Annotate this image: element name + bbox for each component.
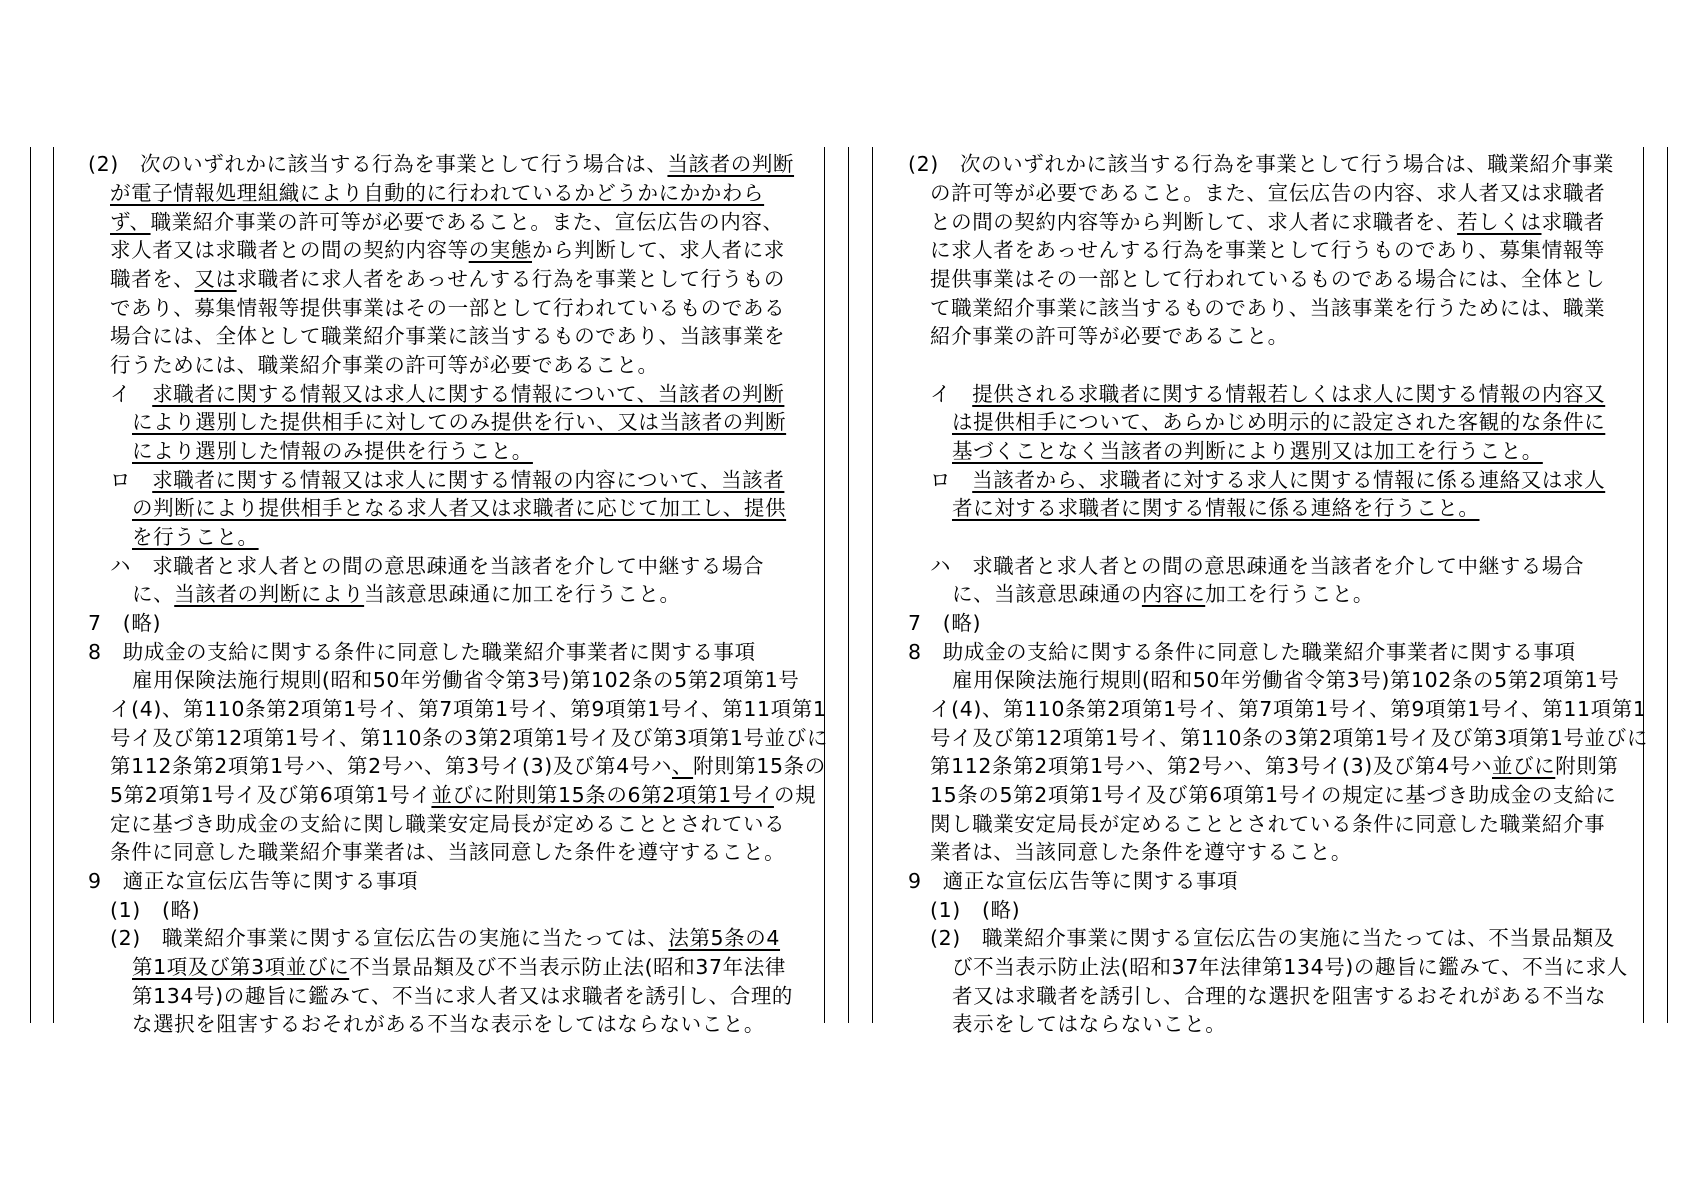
underlined-amendment: 並びに bbox=[1492, 754, 1555, 778]
text-segment: 雇用保険法施行規則(昭和50年労働省令第3号)第102条の5第2項第1号 bbox=[952, 668, 1619, 692]
text-line: 第112条第2項第1号ハ、第2号ハ、第3号イ(3)及び第4号ハ並びに附則第 bbox=[930, 752, 1619, 780]
text-line: (2) 次のいずれかに該当する行為を事業として行う場合は、職業紹介事業 bbox=[908, 150, 1614, 178]
text-segment: の許可等が必要であること。また、宣伝広告の内容、求人者又は求職者 bbox=[930, 181, 1605, 205]
text-line: 条件に同意した職業紹介事業者は、当該同意した条件を遵守すること。 bbox=[110, 838, 785, 866]
text-line: 5第2項第1号イ及び第6項第1号イ並びに附則第15条の6第2項第1号イの規 bbox=[110, 781, 816, 809]
text-line: 提供事業はその一部として行われているものである場合には、全体とし bbox=[930, 265, 1605, 293]
text-line: 紹介事業の許可等が必要であること。 bbox=[930, 322, 1289, 350]
underlined-amendment: 求職者に関する情報又は求人に関する情報について、当該者の判断 bbox=[152, 382, 784, 406]
text-segment: 第112条第2項第1号ハ、第2号ハ、第3号イ(3)及び第4号ハ bbox=[930, 754, 1492, 778]
text-segment: 7 (略) bbox=[908, 611, 981, 635]
text-segment: 附則第 bbox=[1555, 754, 1618, 778]
text-line: 号イ及び第12項第1号イ、第110条の3第2項第1号イ及び第3項第1号並びに bbox=[110, 724, 828, 752]
table-divider-3 bbox=[872, 147, 873, 1023]
text-line: イ 提供される求職者に関する情報若しくは求人に関する情報の内容又 bbox=[930, 380, 1605, 408]
text-segment: 附則第15条の bbox=[693, 754, 826, 778]
text-segment: 8 助成金の支給に関する条件に同意した職業紹介事業者に関する事項 bbox=[908, 640, 1576, 664]
text-line: ず、職業紹介事業の許可等が必要であること。また、宣伝広告の内容、 bbox=[110, 208, 784, 236]
text-line: 7 (略) bbox=[88, 609, 161, 637]
table-border-right-outer bbox=[1667, 147, 1668, 1023]
underlined-amendment: 若しくは bbox=[1457, 210, 1541, 234]
text-line: との間の契約内容等から判断して、求人者に求職者を、若しくは求職者 bbox=[930, 208, 1605, 236]
text-segment: イ(4)、第110条第2項第1号イ、第7項第1号イ、第9項第1号イ、第11項第1 bbox=[930, 697, 1647, 721]
text-line: (2) 職業紹介事業に関する宣伝広告の実施に当たっては、法第5条の4 bbox=[110, 924, 780, 952]
text-line: 第134号)の趣旨に鑑みて、不当に求人者又は求職者を誘引し、合理的 bbox=[132, 982, 793, 1010]
underlined-amendment: 基づくことなく当該者の判断により選別又は加工を行うこと。 bbox=[952, 439, 1543, 463]
text-line: の判断により提供相手となる求人者又は求職者に応じて加工し、提供 bbox=[132, 494, 786, 522]
text-segment: 8 助成金の支給に関する条件に同意した職業紹介事業者に関する事項 bbox=[88, 640, 756, 664]
text-line: 9 適正な宣伝広告等に関する事項 bbox=[88, 867, 418, 895]
underlined-amendment: の判断により提供相手となる求人者又は求職者に応じて加工し、提供 bbox=[132, 496, 786, 520]
text-line: 表示をしてはならないこと。 bbox=[952, 1010, 1226, 1038]
text-line: であり、募集情報等提供事業はその一部として行われているものである bbox=[110, 294, 785, 322]
text-line: 雇用保険法施行規則(昭和50年労働省令第3号)第102条の5第2項第1号 bbox=[132, 666, 799, 694]
text-line: 求人者又は求職者との間の契約内容等の実態から判断して、求人者に求 bbox=[110, 236, 785, 264]
text-segment: ハ 求職者と求人者との間の意思疎通を当該者を介して中継する場合 bbox=[930, 554, 1584, 578]
text-line: 者又は求職者を誘引し、合理的な選択を阻害するおそれがある不当な bbox=[952, 982, 1606, 1010]
text-line: 9 適正な宣伝広告等に関する事項 bbox=[908, 867, 1238, 895]
text-segment: 9 適正な宣伝広告等に関する事項 bbox=[908, 869, 1238, 893]
text-segment: 関し職業安定局長が定めることとされている条件に同意した職業紹介事 bbox=[930, 812, 1605, 836]
text-segment: 5第2項第1号イ及び第6項第1号イ bbox=[110, 783, 431, 807]
text-segment: 不当景品類及び不当表示防止法(昭和37年法律 bbox=[349, 955, 786, 979]
text-line: ハ 求職者と求人者との間の意思疎通を当該者を介して中継する場合 bbox=[930, 552, 1584, 580]
text-line: 基づくことなく当該者の判断により選別又は加工を行うこと。 bbox=[952, 437, 1543, 465]
text-line: 8 助成金の支給に関する条件に同意した職業紹介事業者に関する事項 bbox=[908, 638, 1576, 666]
text-line: は提供相手について、あらかじめ明示的に設定された客観的な条件に bbox=[952, 408, 1605, 436]
text-line: に、当該者の判断により当該意思疎通に加工を行うこと。 bbox=[132, 580, 681, 608]
text-line: が電子情報処理組織により自動的に行われているかどうかにかかわら bbox=[110, 179, 764, 207]
text-line: イ(4)、第110条第2項第1号イ、第7項第1号イ、第9項第1号イ、第11項第1 bbox=[930, 695, 1647, 723]
text-segment: 求職者 bbox=[1542, 210, 1605, 234]
text-segment: (2) 次のいずれかに該当する行為を事業として行う場合は、 bbox=[88, 152, 667, 176]
underlined-amendment: ず、 bbox=[110, 210, 151, 234]
text-line: な選択を阻害するおそれがある不当な表示をしてはならないこと。 bbox=[132, 1010, 765, 1038]
underlined-amendment: の実態 bbox=[469, 238, 532, 262]
text-segment: 求職者に求人者をあっせんする行為を事業として行うもの bbox=[237, 267, 785, 291]
text-line: の許可等が必要であること。また、宣伝広告の内容、求人者又は求職者 bbox=[930, 179, 1605, 207]
text-segment: の規 bbox=[774, 783, 816, 807]
text-line: 職者を、又は求職者に求人者をあっせんする行為を事業として行うもの bbox=[110, 265, 785, 293]
table-divider-2 bbox=[848, 147, 849, 1023]
text-line: 7 (略) bbox=[908, 609, 981, 637]
text-segment: 号イ及び第12項第1号イ、第110条の3第2項第1号イ及び第3項第1号並びに bbox=[110, 726, 828, 750]
text-line: に、当該意思疎通の内容に加工を行うこと。 bbox=[952, 580, 1374, 608]
text-line: 業者は、当該同意した条件を遵守すること。 bbox=[930, 838, 1352, 866]
text-segment: 第134号)の趣旨に鑑みて、不当に求人者又は求職者を誘引し、合理的 bbox=[132, 984, 793, 1008]
text-segment: 条件に同意した職業紹介事業者は、当該同意した条件を遵守すること。 bbox=[110, 840, 785, 864]
text-line: 場合には、全体として職業紹介事業に該当するものであり、当該事業を bbox=[110, 322, 785, 350]
text-segment: (1) (略) bbox=[110, 898, 200, 922]
text-segment: 紹介事業の許可等が必要であること。 bbox=[930, 324, 1289, 348]
table-divider-1 bbox=[824, 147, 825, 1023]
underlined-amendment: 者に対する求職者に関する情報に係る連絡を行うこと。 bbox=[952, 496, 1480, 520]
text-line: て職業紹介事業に該当するものであり、当該事業を行うためには、職業 bbox=[930, 294, 1605, 322]
text-segment: イ(4)、第110条第2項第1号イ、第7項第1号イ、第9項第1号イ、第11項第1 bbox=[110, 697, 827, 721]
text-line: 関し職業安定局長が定めることとされている条件に同意した職業紹介事 bbox=[930, 810, 1605, 838]
underlined-amendment: 又は bbox=[194, 267, 236, 291]
text-segment: ロ bbox=[930, 468, 972, 492]
text-line: ハ 求職者と求人者との間の意思疎通を当該者を介して中継する場合 bbox=[110, 552, 764, 580]
text-segment: 加工を行うこと。 bbox=[1205, 582, 1374, 606]
text-segment: な選択を阻害するおそれがある不当な表示をしてはならないこと。 bbox=[132, 1012, 765, 1036]
text-segment: 提供事業はその一部として行われているものである場合には、全体とし bbox=[930, 267, 1605, 291]
underlined-amendment: が電子情報処理組織により自動的に行われているかどうかにかかわら bbox=[110, 181, 764, 205]
underlined-amendment: を行うこと。 bbox=[132, 525, 259, 549]
underlined-amendment: 、 bbox=[672, 754, 693, 778]
text-line: イ(4)、第110条第2項第1号イ、第7項第1号イ、第9項第1号イ、第11項第1 bbox=[110, 695, 827, 723]
text-segment: 業者は、当該同意した条件を遵守すること。 bbox=[930, 840, 1352, 864]
text-line: (2) 次のいずれかに該当する行為を事業として行う場合は、当該者の判断 bbox=[88, 150, 794, 178]
text-line: 行うためには、職業紹介事業の許可等が必要であること。 bbox=[110, 351, 659, 379]
text-segment: ハ 求職者と求人者との間の意思疎通を当該者を介して中継する場合 bbox=[110, 554, 764, 578]
text-line: ロ 当該者から、求職者に対する求人に関する情報に係る連絡又は求人 bbox=[930, 466, 1605, 494]
text-segment: び不当表示防止法(昭和37年法律第134号)の趣旨に鑑みて、不当に求人 bbox=[952, 955, 1628, 979]
underlined-amendment: 提供される求職者に関する情報若しくは求人に関する情報の内容又 bbox=[972, 382, 1605, 406]
underlined-amendment: 当該者の判断 bbox=[667, 152, 794, 176]
text-segment: (1) (略) bbox=[930, 898, 1020, 922]
text-segment: (2) 職業紹介事業に関する宣伝広告の実施に当たっては、 bbox=[110, 926, 668, 950]
underlined-amendment: 第1項及び第3項並びに bbox=[132, 955, 349, 979]
text-segment: 職業紹介事業の許可等が必要であること。また、宣伝広告の内容、 bbox=[151, 210, 784, 234]
text-line: 者に対する求職者に関する情報に係る連絡を行うこと。 bbox=[952, 494, 1480, 522]
text-line: イ 求職者に関する情報又は求人に関する情報について、当該者の判断 bbox=[110, 380, 784, 408]
text-segment: 9 適正な宣伝広告等に関する事項 bbox=[88, 869, 418, 893]
underlined-amendment: により選別した情報のみ提供を行うこと。 bbox=[132, 439, 533, 463]
text-segment: 当該意思疎通に加工を行うこと。 bbox=[364, 582, 681, 606]
text-line: に求人者をあっせんする行為を事業として行うものであり、募集情報等 bbox=[930, 236, 1605, 264]
text-segment: 7 (略) bbox=[88, 611, 161, 635]
table-border-right-inner bbox=[1643, 147, 1644, 1023]
underlined-amendment: 求職者に関する情報又は求人に関する情報の内容について、当該者 bbox=[152, 468, 784, 492]
text-line: 8 助成金の支給に関する条件に同意した職業紹介事業者に関する事項 bbox=[88, 638, 756, 666]
text-segment: に求人者をあっせんする行為を事業として行うものであり、募集情報等 bbox=[930, 238, 1605, 262]
text-segment: に、 bbox=[132, 582, 174, 606]
table-border-left-inner bbox=[53, 147, 54, 1023]
text-line: (1) (略) bbox=[930, 896, 1020, 924]
text-segment: 求人者又は求職者との間の契約内容等 bbox=[110, 238, 469, 262]
text-segment: に、当該意思疎通の bbox=[952, 582, 1142, 606]
text-line: 定に基づき助成金の支給に関し職業安定局長が定めることとされている bbox=[110, 810, 785, 838]
text-line: (1) (略) bbox=[110, 896, 200, 924]
text-segment: 号イ及び第12項第1号イ、第110条の3第2項第1号イ及び第3項第1号並びに bbox=[930, 726, 1648, 750]
underlined-amendment: 当該者から、求職者に対する求人に関する情報に係る連絡又は求人 bbox=[972, 468, 1605, 492]
underlined-amendment: 並びに附則第15条の6第2項第1号イ bbox=[431, 783, 774, 807]
text-segment: 者又は求職者を誘引し、合理的な選択を阻害するおそれがある不当な bbox=[952, 984, 1606, 1008]
text-line: 15条の5第2項第1号イ及び第6項第1号イの規定に基づき助成金の支給に bbox=[930, 781, 1616, 809]
text-line: ロ 求職者に関する情報又は求人に関する情報の内容について、当該者 bbox=[110, 466, 784, 494]
text-segment: イ bbox=[110, 382, 152, 406]
underlined-amendment: により選別した提供相手に対してのみ提供を行い、又は当該者の判断 bbox=[132, 410, 786, 434]
text-segment: であり、募集情報等提供事業はその一部として行われているものである bbox=[110, 296, 785, 320]
underlined-amendment: 当該者の判断により bbox=[174, 582, 364, 606]
text-segment: (2) 次のいずれかに該当する行為を事業として行う場合は、職業紹介事業 bbox=[908, 152, 1614, 176]
text-segment: 定に基づき助成金の支給に関し職業安定局長が定めることとされている bbox=[110, 812, 785, 836]
text-segment: 雇用保険法施行規則(昭和50年労働省令第3号)第102条の5第2項第1号 bbox=[132, 668, 799, 692]
text-segment: 職者を、 bbox=[110, 267, 194, 291]
text-line: 雇用保険法施行規則(昭和50年労働省令第3号)第102条の5第2項第1号 bbox=[952, 666, 1619, 694]
text-segment: 表示をしてはならないこと。 bbox=[952, 1012, 1226, 1036]
text-segment: ロ bbox=[110, 468, 152, 492]
text-line: び不当表示防止法(昭和37年法律第134号)の趣旨に鑑みて、不当に求人 bbox=[952, 953, 1628, 981]
underlined-amendment: は提供相手について、あらかじめ明示的に設定された客観的な条件に bbox=[952, 410, 1605, 434]
text-line: 号イ及び第12項第1号イ、第110条の3第2項第1号イ及び第3項第1号並びに bbox=[930, 724, 1648, 752]
text-segment: 行うためには、職業紹介事業の許可等が必要であること。 bbox=[110, 353, 659, 377]
underlined-amendment: 内容に bbox=[1142, 582, 1205, 606]
text-line: により選別した提供相手に対してのみ提供を行い、又は当該者の判断 bbox=[132, 408, 786, 436]
text-line: を行うこと。 bbox=[132, 523, 259, 551]
table-border-left-outer bbox=[30, 147, 31, 1023]
underlined-amendment: 法第5条の4 bbox=[668, 926, 780, 950]
text-segment: (2) 職業紹介事業に関する宣伝広告の実施に当たっては、不当景品類及 bbox=[930, 926, 1615, 950]
text-segment: から判断して、求人者に求 bbox=[532, 238, 785, 262]
text-segment: イ bbox=[930, 382, 972, 406]
text-segment: との間の契約内容等から判断して、求人者に求職者を、 bbox=[930, 210, 1457, 234]
text-line: により選別した情報のみ提供を行うこと。 bbox=[132, 437, 533, 465]
text-line: 第1項及び第3項並びに不当景品類及び不当表示防止法(昭和37年法律 bbox=[132, 953, 786, 981]
text-segment: 第112条第2項第1号ハ、第2号ハ、第3号イ(3)及び第4号ハ bbox=[110, 754, 672, 778]
text-line: (2) 職業紹介事業に関する宣伝広告の実施に当たっては、不当景品類及 bbox=[930, 924, 1615, 952]
text-line: 第112条第2項第1号ハ、第2号ハ、第3号イ(3)及び第4号ハ、附則第15条の bbox=[110, 752, 826, 780]
text-segment: 15条の5第2項第1号イ及び第6項第1号イの規定に基づき助成金の支給に bbox=[930, 783, 1616, 807]
text-segment: 場合には、全体として職業紹介事業に該当するものであり、当該事業を bbox=[110, 324, 785, 348]
text-segment: て職業紹介事業に該当するものであり、当該事業を行うためには、職業 bbox=[930, 296, 1605, 320]
